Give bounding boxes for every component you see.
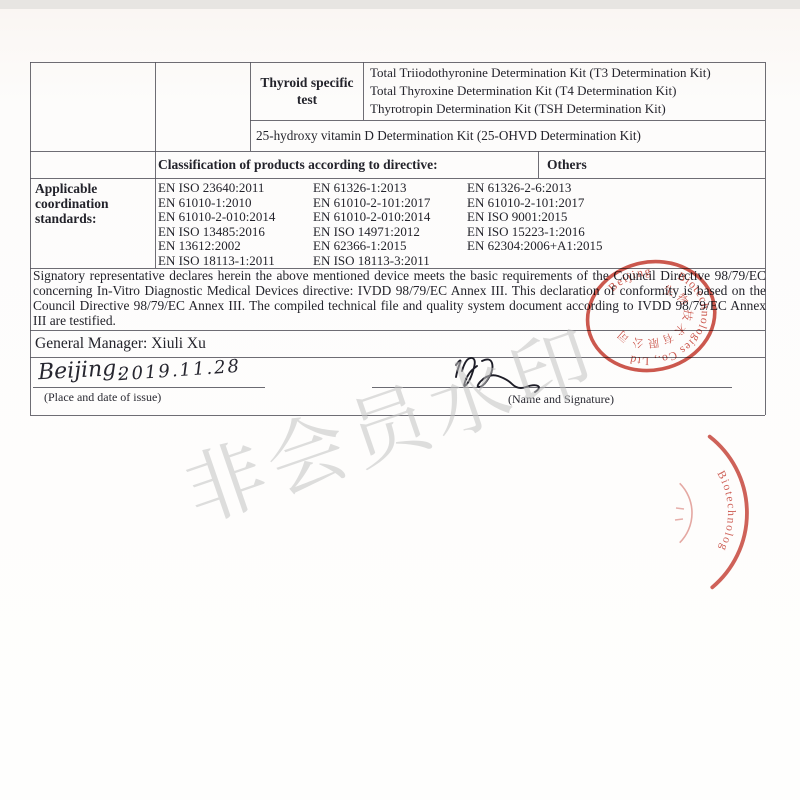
place-date-caption: (Place and date of issue): [44, 390, 161, 405]
standard-item: EN 61010-2-101:2017: [310, 195, 464, 210]
partial-stamp-inner-arc: [680, 483, 692, 542]
standard-item: EN 13612:2002: [155, 238, 310, 253]
svg-text:Beijing: Beijing: [604, 265, 655, 296]
handwritten-place: Beijing.: [37, 356, 124, 385]
table-line-under-classification-row: [30, 178, 765, 179]
standard-item: EN ISO 18113-3:2011: [310, 253, 464, 268]
kit-t3: Total Triiodothyronine Determination Kit…: [370, 64, 764, 82]
kit-t4: Total Thyroxine Determination Kit (T4 De…: [370, 82, 764, 100]
stamp-arc-text-top: Beijing: [604, 265, 655, 296]
standard-item: EN ISO 18113-1:2011: [155, 253, 310, 268]
standard-item: EN 61326-1:2013: [310, 180, 464, 195]
kit-tsh: Thyrotropin Determination Kit (TSH Deter…: [370, 100, 764, 118]
table-border-left: [30, 62, 31, 415]
table-column-line-3: [363, 62, 364, 120]
partial-stamp-marks: [675, 508, 684, 520]
standard-item: EN 62366-1:2015: [310, 238, 464, 253]
standard-item: EN 61010-2-010:2014: [310, 209, 464, 224]
partial-round-stamp: Biotechnolog: [598, 412, 768, 622]
standard-item: EN ISO 14971:2012: [310, 224, 464, 239]
vitamin-d-kit-row: 25-hydroxy vitamin D Determination Kit (…: [256, 120, 764, 151]
general-manager-line: General Manager: Xiuli Xu: [35, 330, 635, 357]
applicable-standards-label: Applicable coordination standards:: [35, 181, 152, 226]
standard-item: EN 61326-2-6:2013: [464, 180, 767, 195]
standard-item: EN 61010-2-101:2017: [464, 195, 767, 210]
signature-handwriting: [448, 355, 563, 393]
classification-header: Classification of products according to …: [158, 151, 536, 178]
standard-item: EN 61010-1:2010: [155, 195, 310, 210]
standard-item: EN ISO 23640:2011: [155, 180, 310, 195]
partial-stamp-arc-text: Biotechnolog: [714, 469, 737, 554]
standard-item: EN 61010-2-010:2014: [155, 209, 310, 224]
thyroid-kit-list: Total Triiodothyronine Determination Kit…: [370, 62, 764, 120]
svg-text:Biotechnolog: Biotechnolog: [714, 469, 737, 554]
thyroid-specific-test-label: Thyroid specific test: [251, 62, 363, 120]
standard-item: EN ISO 13485:2016: [155, 224, 310, 239]
others-header: Others: [547, 151, 762, 178]
standard-item: EN ISO 15223-1:2016: [464, 224, 767, 239]
table-column-line-others: [538, 151, 539, 178]
place-date-underline: [33, 387, 265, 388]
standard-item: EN ISO 9001:2015: [464, 209, 767, 224]
